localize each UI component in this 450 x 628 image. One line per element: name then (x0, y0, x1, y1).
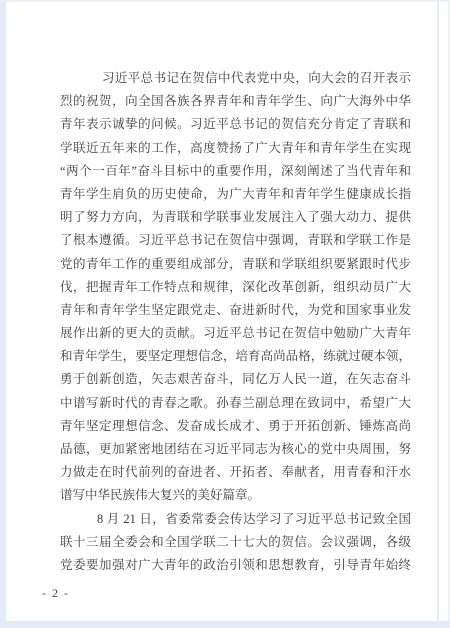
paragraph-1-line: 青年学生肩负的历史使命，为广大青年和青年学生健康成长指 (60, 183, 411, 206)
paragraph-1-line: 青年和青年学生坚定跟党走、奋进新时代，为党和国家事业发 (60, 299, 411, 322)
paragraph-2-line: 党委要加强对广大青年的政治引领和思想教育，引导青年始终 (60, 554, 411, 577)
paragraph-1-line: 中谱写新时代的青春之歌。孙春兰副总理在致词中，希望广大 (60, 392, 411, 415)
paragraph-1-line: 青年坚定理想信念、发奋成长成才、勇于开拓创新、锤炼高尚 (60, 415, 411, 438)
paragraph-2-line: 8 月 21 日，省委常委会传达学习了习近平总书记致全国青 (60, 508, 411, 531)
paragraph-2-line: 联十三届全委会和全国学联二十七大的贺信。会议强调，各级 (60, 531, 411, 554)
paragraph-1-line: 和青年学生，要坚定理想信念，培育高尚品格，练就过硬本领， (60, 345, 411, 368)
paragraph-1-line: 谱写中华民族伟大复兴的美好篇章。 (60, 484, 411, 507)
document-body-text: 习近平总书记在贺信中代表党中央，向大会的召开表示热 烈的祝贺，向全国各族各界青年… (60, 67, 411, 577)
paragraph-1-line: 品德，更加紧密地团结在习近平同志为核心的党中央周围，努 (60, 438, 411, 461)
scanned-document-page: { "document": { "kind": "scanned officia… (0, 0, 450, 628)
scan-edge-left (0, 0, 6, 628)
paragraph-1-line: “两个一百年”奋斗目标中的重要作用，深刻阐述了当代青年和 (60, 160, 411, 183)
paragraph-1-line: 党的青年工作的重要组成部分，青联和学联组织要紧跟时代步 (60, 253, 411, 276)
scan-page-right-border (437, 0, 439, 628)
scan-edge-top (0, 0, 450, 2)
scan-edge-bottom (0, 621, 450, 628)
paragraph-1-line: 力做走在时代前列的奋进者、开拓者、奉献者，用青春和汗水 (60, 461, 411, 484)
paragraph-1-line: 明了努力方向，为青联和学联事业发展注入了强大动力、提供 (60, 206, 411, 229)
page-number: - 2 - (42, 586, 70, 601)
paragraph-1-line: 伐，把握青年工作特点和规律，深化改革创新，组织动员广大 (60, 276, 411, 299)
paragraph-1-line: 烈的祝贺，向全国各族各界青年和青年学生、向广大海外中华 (60, 90, 411, 113)
paragraph-1-line: 学联近五年来的工作，高度赞扬了广大青年和青年学生在实现 (60, 137, 411, 160)
paragraph-1-line: 勇于创新创造，矢志艰苦奋斗，同亿万人民一道，在矢志奋斗 (60, 368, 411, 391)
paragraph-1-line: 了根本遵循。习近平总书记在贺信中强调，青联和学联工作是 (60, 229, 411, 252)
paragraph-1-line: 展作出新的更大的贡献。习近平总书记在贺信中勉励广大青年 (60, 322, 411, 345)
paragraph-1-line: 习近平总书记在贺信中代表党中央，向大会的召开表示热 (60, 67, 411, 90)
paragraph-1-line: 青年表示诚挚的问候。习近平总书记的贺信充分肯定了青联和 (60, 113, 411, 136)
